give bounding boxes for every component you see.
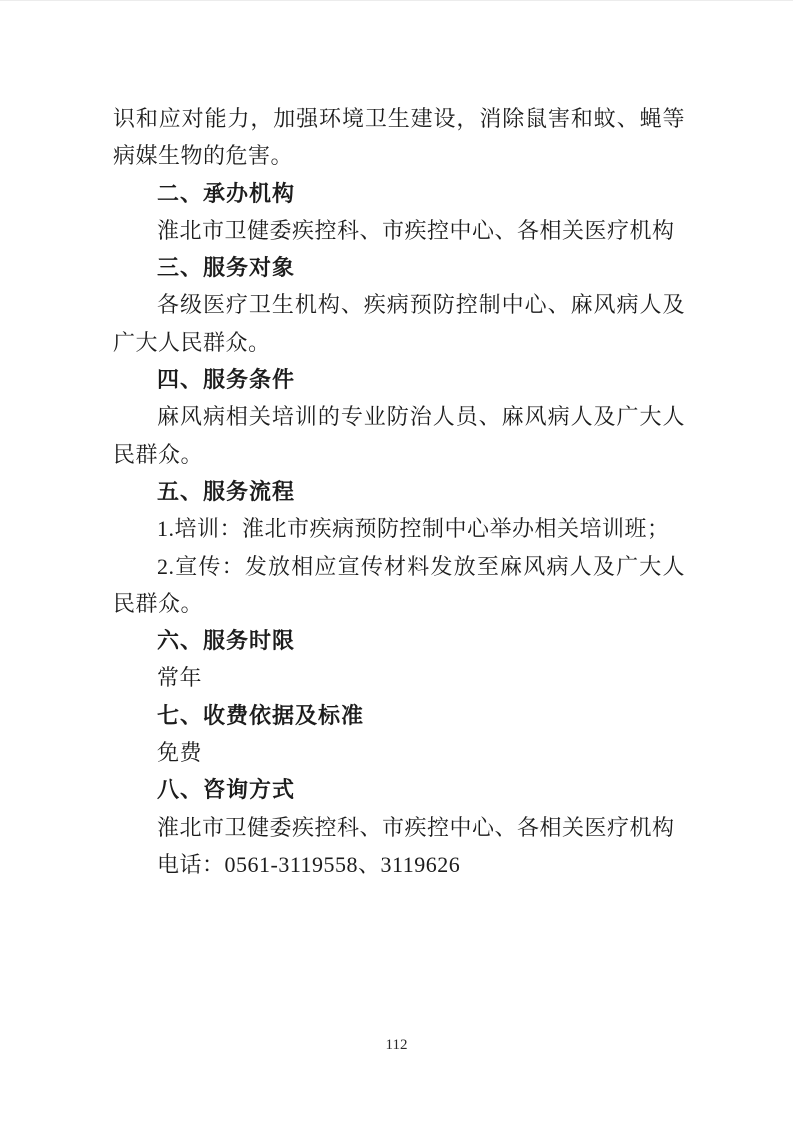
paragraph: 淮北市卫健委疾控科、市疾控中心、各相关医疗机构 <box>113 809 685 846</box>
section-heading: 五、服务流程 <box>113 473 685 510</box>
paragraph: 各级医疗卫生机构、疾病预防控制中心、麻风病人及广大人民群众。 <box>113 286 685 361</box>
section-heading: 七、收费依据及标准 <box>113 697 685 734</box>
section-heading: 三、服务对象 <box>113 249 685 286</box>
document-body: 识和应对能力，加强环境卫生建设，消除鼠害和蚊、蝇等病媒生物的危害。二、承办机构淮… <box>113 100 685 883</box>
paragraph: 免费 <box>113 734 685 771</box>
page-number: 112 <box>386 1037 408 1053</box>
section-heading: 八、咨询方式 <box>113 771 685 808</box>
paragraph: 常年 <box>113 659 685 696</box>
document-page: 识和应对能力，加强环境卫生建设，消除鼠害和蚊、蝇等病媒生物的危害。二、承办机构淮… <box>0 0 793 1122</box>
section-heading: 六、服务时限 <box>113 622 685 659</box>
paragraph: 麻风病相关培训的专业防治人员、麻风病人及广大人民群众。 <box>113 398 685 473</box>
page-footer: 112 <box>0 1037 793 1054</box>
paragraph: 1.培训：淮北市疾病预防控制中心举办相关培训班； <box>113 510 685 547</box>
section-heading: 四、服务条件 <box>113 361 685 398</box>
paragraph: 2.宣传：发放相应宣传材料发放至麻风病人及广大人民群众。 <box>113 548 685 623</box>
section-heading: 二、承办机构 <box>113 175 685 212</box>
paragraph: 识和应对能力，加强环境卫生建设，消除鼠害和蚊、蝇等病媒生物的危害。 <box>113 100 685 175</box>
paragraph: 淮北市卫健委疾控科、市疾控中心、各相关医疗机构 <box>113 212 685 249</box>
paragraph: 电话：0561-3119558、3119626 <box>113 846 685 883</box>
